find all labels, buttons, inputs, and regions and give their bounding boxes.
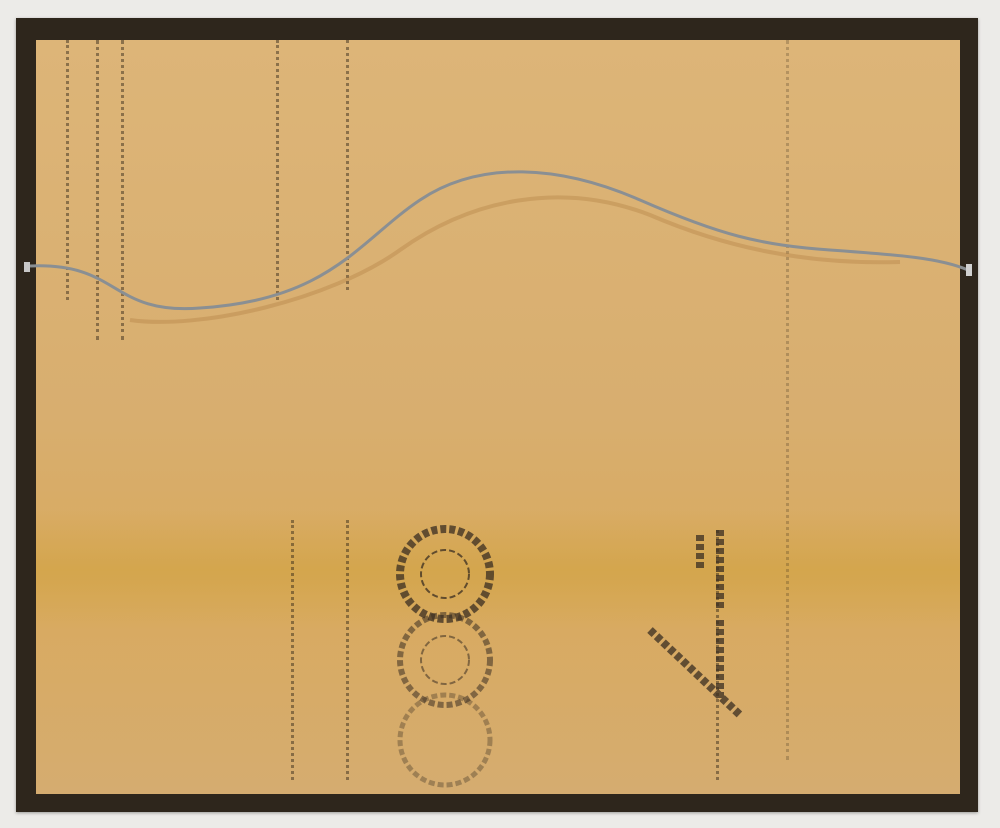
hanging-wire [30,172,968,309]
stencil-circles [400,529,740,785]
right-wire-hook [966,264,972,276]
wire-and-stencil-layer [0,0,1000,828]
left-wire-hook [24,262,30,272]
